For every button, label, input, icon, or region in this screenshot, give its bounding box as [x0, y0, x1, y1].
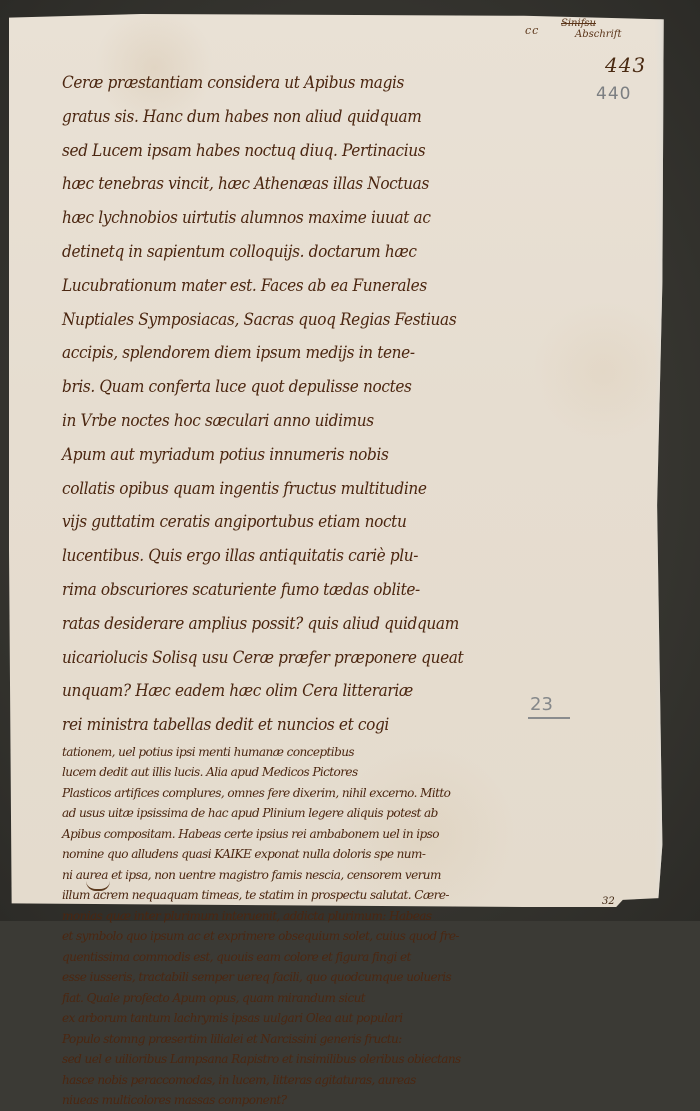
text-line: detinetq in sapientum colloquijs. doctar…	[62, 235, 582, 269]
text-line: hæc tenebras vincit, hæc Athenæas illas …	[62, 167, 582, 201]
text-line: unquam? Hæc eadem hæc olim Cera litterar…	[62, 674, 582, 708]
archive-mark-cc: cc	[525, 24, 539, 37]
text-line: lucentibus. Quis ergo illas antiquitatis…	[62, 539, 582, 573]
text-line: Plasticos artifices complures, omnes fer…	[62, 783, 607, 804]
text-line: ni aurea et ipsa, non uentre magistro fa…	[62, 865, 607, 886]
text-line: Apum aut myriadum potius innumeris nobis	[62, 438, 582, 472]
text-line: in Vrbe noctes hoc sæculari anno uidimus	[62, 404, 582, 438]
text-line: illum acrem nequaquam timeas, te statim …	[62, 885, 607, 906]
text-line: ratas desiderare amplius possit? quis al…	[62, 607, 582, 641]
text-line: Apibus compositam. Habeas certe ipsius r…	[62, 824, 607, 845]
text-line: gratus sis. Hanc dum habes non aliud qui…	[62, 100, 582, 134]
text-line: monias quæ inter plurimum interuenit, ad…	[62, 906, 607, 921]
text-line: Ceræ præstantiam considera ut Apibus mag…	[62, 66, 582, 100]
text-line: accipis, splendorem diem ipsum medijs in…	[62, 336, 582, 370]
text-line: uicariolucis Solisq usu Ceræ præfer præp…	[62, 641, 582, 675]
text-line: ad usus uitæ ipsissima de hac apud Plini…	[62, 803, 607, 824]
text-line: lucem dedit aut illis lucis. Alia apud M…	[62, 762, 607, 783]
archive-mark-sub: Abschrift	[575, 29, 622, 40]
text-line: rei ministra tabellas dedit et nuncios e…	[62, 708, 582, 742]
text-line: rima obscuriores scaturiente fumo tædas …	[62, 573, 582, 607]
text-line: vijs guttatim ceratis angiportubus etiam…	[62, 505, 582, 539]
text-line: hæc lychnobios uirtutis alumnos maxime i…	[62, 201, 582, 235]
text-line: sed Lucem ipsam habes noctuq diuq. Perti…	[62, 134, 582, 168]
text-line: tationem, uel potius ipsi menti humanæ c…	[62, 742, 607, 763]
archive-mark-struck: Sinifsu	[561, 18, 596, 29]
text-line: collatis opibus quam ingentis fructus mu…	[62, 472, 582, 506]
text-line: Nuptiales Symposiacas, Sacras quoq Regia…	[62, 303, 582, 337]
text-line: Lucubrationum mater est. Faces ab ea Fun…	[62, 269, 582, 303]
text-line: nomine quo alludens quasi KAIKE exponat …	[62, 844, 607, 865]
text-line: bris. Quam conferta luce quot depulisse …	[62, 370, 582, 404]
manuscript-text: Ceræ præstantiam considera ut Apibus mag…	[62, 66, 622, 921]
